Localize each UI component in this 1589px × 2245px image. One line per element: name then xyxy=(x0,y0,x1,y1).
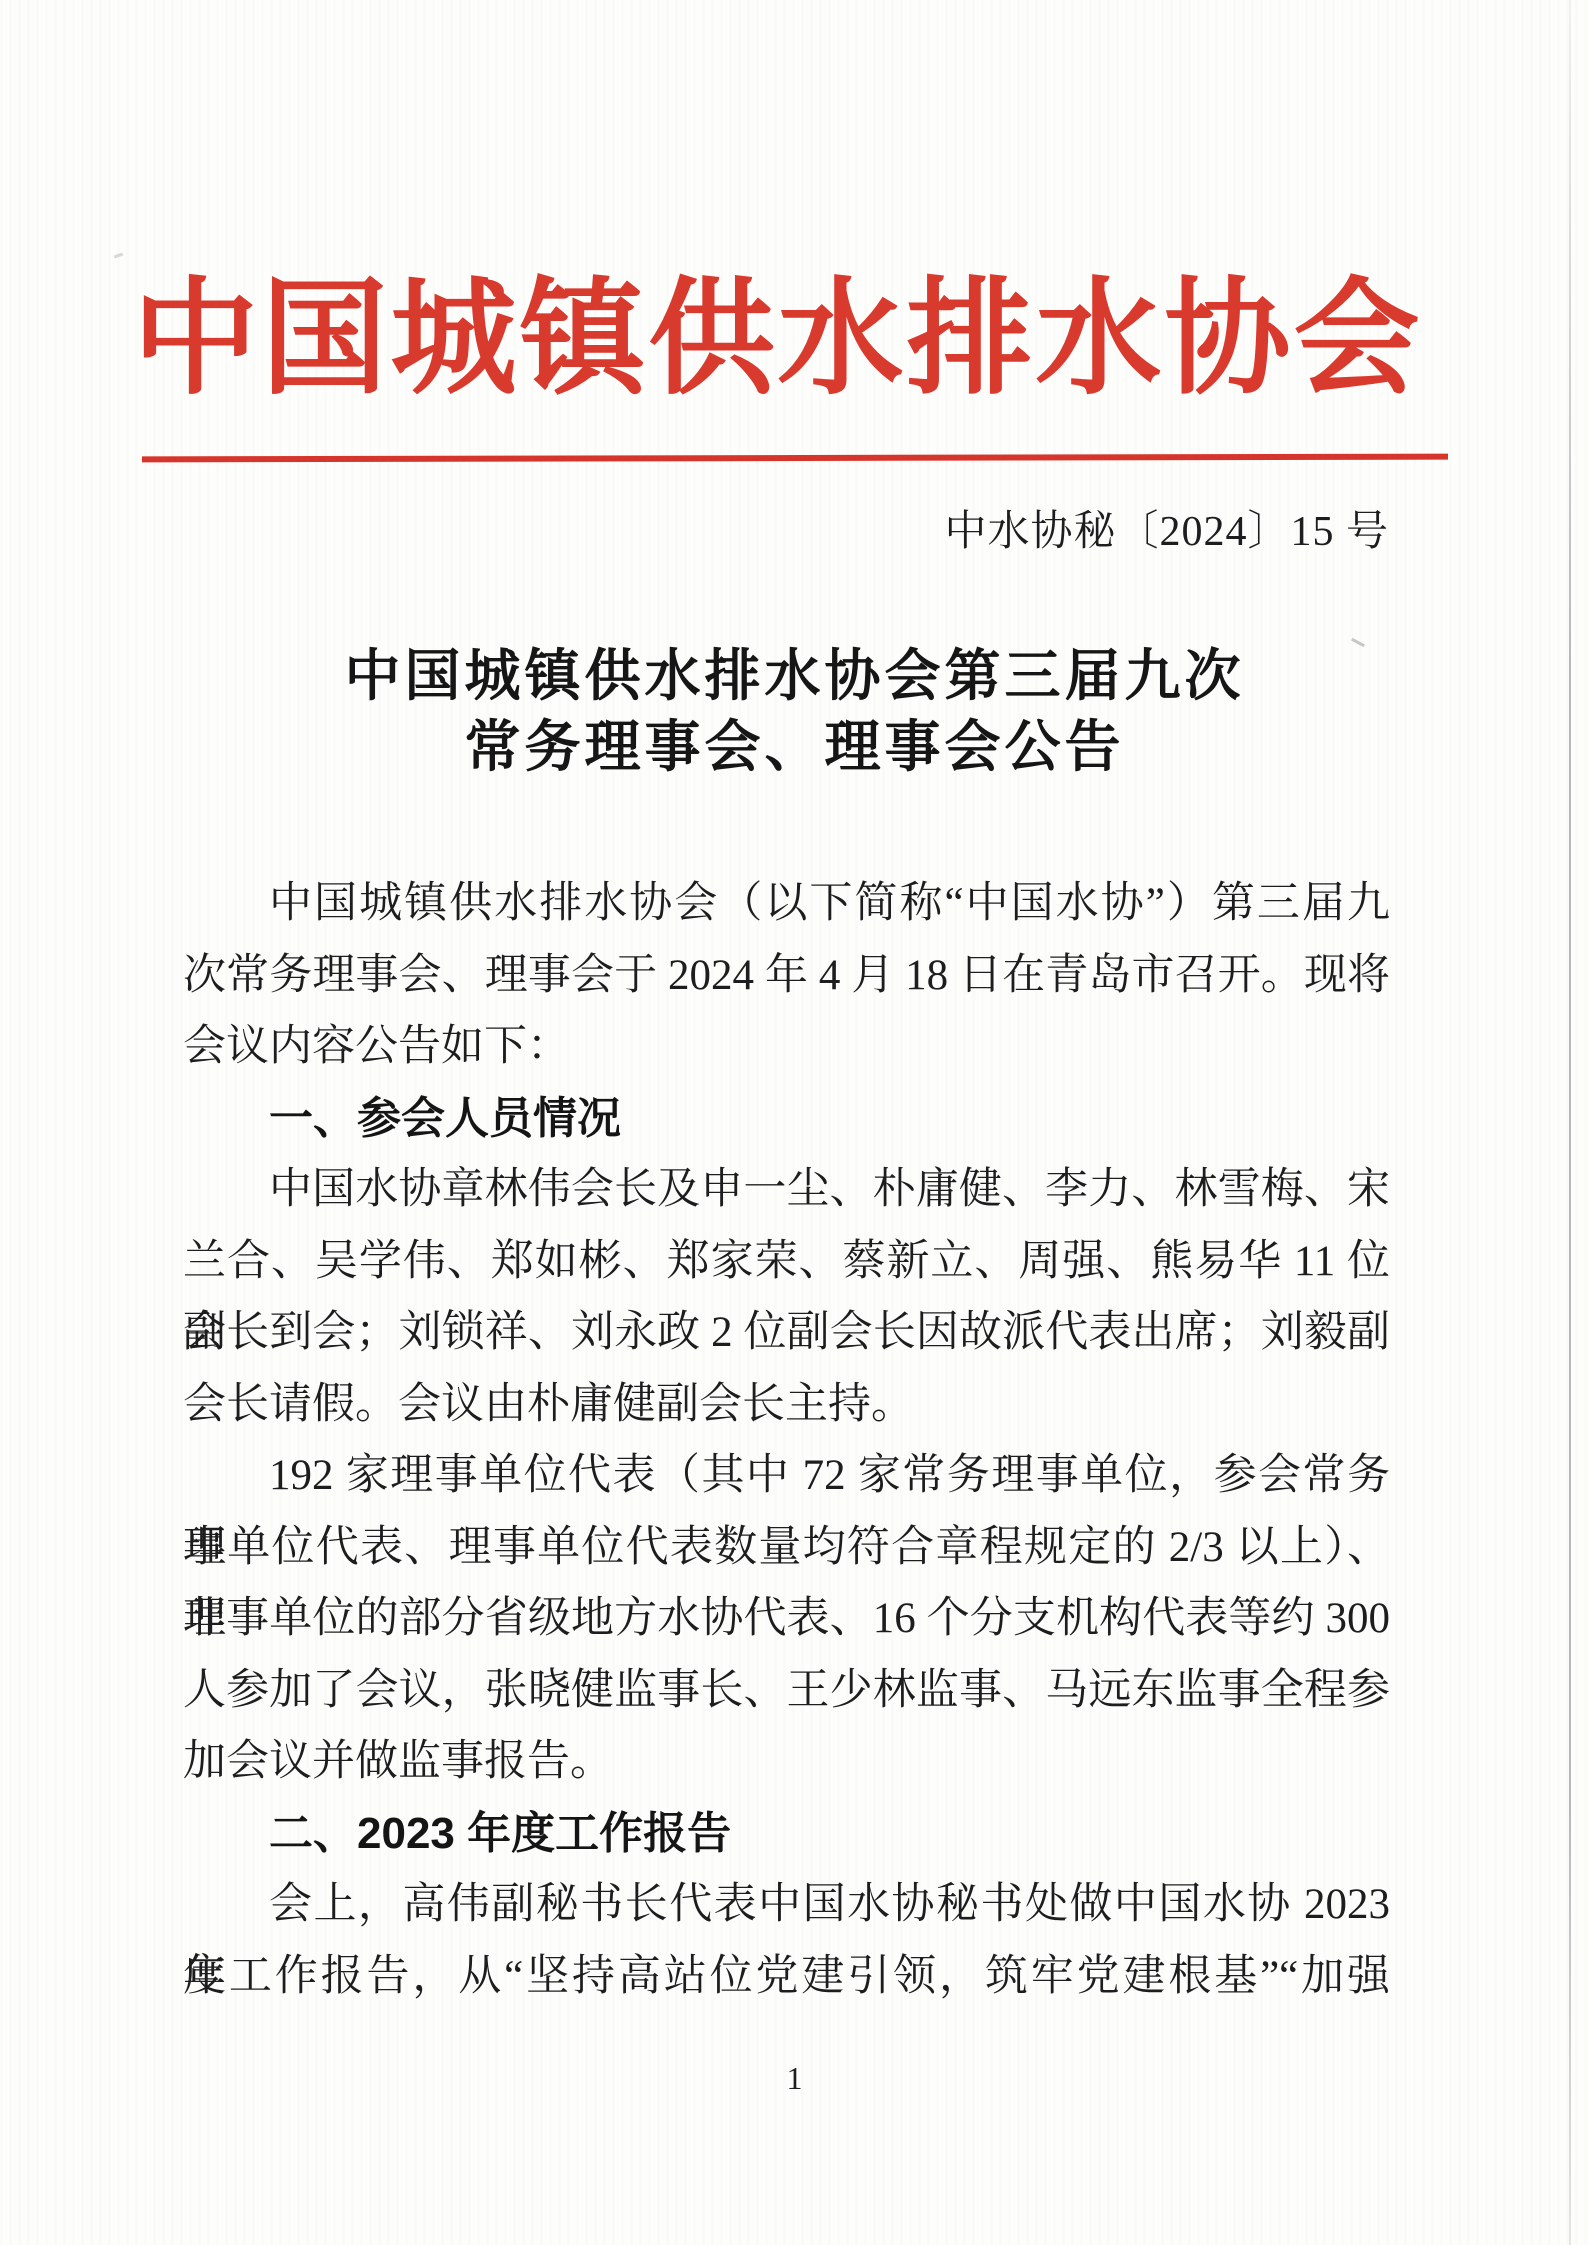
body-line: 兰合、吴学伟、郑如彬、郑家荣、蔡新立、周强、熊易华 11 位副 xyxy=(183,1226,1390,1298)
section-heading: 二、2023 年度工作报告 xyxy=(183,1798,1390,1870)
body-line: 会长请假。会议由朴庸健副会长主持。 xyxy=(183,1369,1390,1441)
body-line: 加会议并做监事报告。 xyxy=(183,1726,1390,1798)
body-line: 次常务理事会、理事会于 2024 年 4 月 18 日在青岛市召开。现将 xyxy=(183,940,1390,1012)
body-line: 中国城镇供水排水协会（以下简称“中国水协”）第三届九 xyxy=(183,868,1390,940)
body-line: 会长到会；刘锁祥、刘永政 2 位副会长因故派代表出席；刘毅副 xyxy=(183,1297,1390,1369)
page-number: 1 xyxy=(0,2063,1589,2093)
body-line: 会议内容公告如下： xyxy=(183,1011,1390,1083)
letterhead-divider-rule xyxy=(142,454,1448,463)
document-title-line1: 中国城镇供水排水协会第三届九次 xyxy=(0,640,1589,711)
document-reference-number: 中水协秘〔2024〕15 号 xyxy=(944,506,1389,558)
document-title: 中国城镇供水排水协会第三届九次 常务理事会、理事会公告 xyxy=(0,640,1589,782)
body-line: 中国水协章林伟会长及申一尘、朴庸健、李力、林雪梅、宋 xyxy=(183,1154,1390,1226)
scan-speck-artifact xyxy=(114,253,123,259)
body-line: 度工作报告，从“坚持高站位党建引领，筑牢党建根基”“加强 xyxy=(183,1941,1390,2013)
letterhead-org-title: 中国城镇供水排水协会 xyxy=(0,276,1572,406)
body-line: 会上，高伟副秘书长代表中国水协秘书处做中国水协 2023 年 xyxy=(183,1869,1390,1941)
section-heading: 一、参会人员情况 xyxy=(183,1083,1390,1155)
body-line: 192 家理事单位代表（其中 72 家常务理事单位，参会常务理 xyxy=(183,1440,1390,1512)
scan-edge-artifact xyxy=(1569,0,1571,2245)
document-body: 中国城镇供水排水协会（以下简称“中国水协”）第三届九 次常务理事会、理事会于 2… xyxy=(183,868,1390,2012)
body-line: 人参加了会议，张晓健监事长、王少林监事、马远东监事全程参 xyxy=(183,1655,1390,1727)
body-line: 理事单位的部分省级地方水协代表、16 个分支机构代表等约 300 xyxy=(183,1583,1390,1655)
body-line: 事单位代表、理事单位代表数量均符合章程规定的 2/3 以上）、非 xyxy=(183,1512,1390,1584)
document-page: 中国城镇供水排水协会 中水协秘〔2024〕15 号 中国城镇供水排水协会第三届九… xyxy=(0,0,1589,2245)
document-title-line2: 常务理事会、理事会公告 xyxy=(0,711,1589,782)
